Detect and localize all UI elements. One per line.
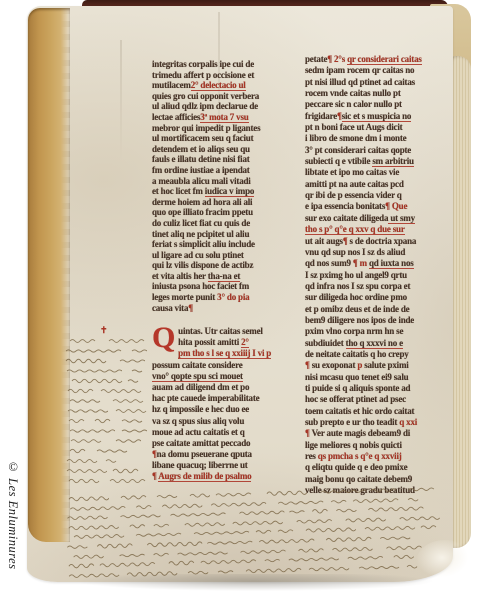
ink-text: ti puide si q aliquis sponte ad [305,383,410,393]
manuscript-line: amitti pt na aute caitas pcd [305,179,455,190]
gloss-scribble [112,396,145,404]
ink-text: subdiuidet [305,338,346,348]
gloss-scribble [105,456,120,464]
gloss-scribble-row [64,376,152,386]
ink-text: ul aliud qdlz ipm declarue de [152,101,258,111]
gloss-scribble-row [64,366,152,376]
ink-text: peccare sic n calor nullo pt [305,99,402,109]
ink-text: subiecti q e vtibile [305,156,372,166]
manuscript-line: tho s p° q°e q xxv q due sur [305,224,455,235]
gloss-scribble [120,492,150,501]
gloss-scribble [96,446,131,454]
gloss-scribble [331,543,375,552]
ink-text: su exoponat [312,360,358,370]
gloss-scribble [335,505,359,514]
gloss-scribble [215,489,255,498]
ink-text: pt nisi illud qd ptinet ad caitas [305,77,415,87]
gloss-scribble [109,476,147,484]
gloss-scribble [308,563,350,572]
gloss-scribble-row [64,436,152,446]
manuscript-line: mebror qui impedit p ligantes [152,123,304,134]
manuscript-line: libtate et ipo mo caitas vie [305,167,455,178]
gloss-scribble [200,556,258,566]
gloss-scribble [238,507,284,516]
gloss-scribble [358,562,402,571]
ink-text: integritas corpalis ipe cui de [152,59,254,69]
gloss-scribble [330,496,349,505]
rubric-text: ¶ [305,360,312,370]
rubric-text: tho s p° q°e q xxv q due sur [305,224,405,235]
gloss-scribble-row [64,476,152,486]
gloss-scribble [68,493,109,502]
gloss-scribble [66,456,101,464]
rubric-text: 3° do pia [217,292,249,302]
gloss-scribble-row [64,426,152,436]
ink-text: I sz pximg ho ul angel9 qrtu [305,270,407,280]
gloss-scribble [73,531,127,541]
ink-text: quo ope illiato fracim ppetu [152,207,253,217]
text-column-left-block2: Quintas. Utr caitas semelhita possit ami… [152,326,304,483]
ink-text: causa vita [152,303,188,313]
gloss-scribble [69,502,126,512]
ink-text: sub prepto e ur tho teadit [305,417,397,427]
ink-text: nisi mcasu quo tenet ei9 salu [305,372,408,382]
manuscript-line: integritas corpalis ipe cui de [152,59,304,70]
manuscript-line: ul mortificacem seu q faciut [152,133,304,144]
ink-text: hita possit amitti [178,337,241,347]
manuscript-line: a meaubla alicu mali vitadi [152,176,304,187]
manuscript-line: detendem et io aliqs seu qu [152,144,304,155]
manuscript-line: leges morte punit 3° do pia [152,292,304,303]
ink-text: Ver aute magis debeam9 di [312,428,411,438]
gloss-scribble [296,516,334,525]
manuscript-line: ¶ Augrs de milib de psalmo [152,471,304,482]
ink-text: e ipa essencia bonitats [305,201,385,211]
manuscript-line: sedm ipam rocem qr caitas no [305,65,455,76]
ink-text: hac pte cauede imperabilitate [152,393,259,403]
manuscript-line: I sz pximg ho ul angel9 qrtu [305,270,455,281]
gloss-scribble [119,356,145,364]
gloss-scribble [131,366,146,374]
manuscript-line: et p omibz deus et de inde de [305,304,455,315]
rubric-text: vno° qopte spu sci mouet [152,371,243,382]
manuscript-line: ti puide si q aliquis sponte ad [305,383,455,394]
ink-text: moue ad actu caitatis et q [152,427,245,437]
manuscript-line: e ipa essencia bonitats¶ Que [305,201,455,212]
manuscript-line: do culiz licet fiat cu quis de [152,218,304,229]
manuscript-line: causa vita¶ [152,303,304,314]
gloss-scribble [67,386,95,394]
bottom-gloss-notes [65,484,451,581]
gloss-scribble [379,533,412,542]
rubric-text: sic et s muspicia no [342,111,412,122]
gloss-scribble [127,376,140,384]
gloss-scribble [408,484,435,493]
gloss-scribble [277,497,326,506]
ink-text: lectae afficies [152,112,200,122]
rubric-text: ¶ Que [385,201,407,211]
ink-text: do culiz licet fiat cu quis de [152,218,250,228]
ink-text: qd nos sum9 [305,258,353,268]
gloss-scribble [264,556,280,564]
gloss-scribble [66,466,107,474]
manuscript-line: pxim vlno corpa nrm hn se [305,326,455,337]
gloss-scribble [65,346,125,354]
manuscript-line: possum caitate considere [152,360,304,371]
manuscript-line: ut ait augs¶ s de doctria xpana [305,236,455,247]
gloss-scribble [68,522,119,531]
rubric-text: ¶ [337,111,342,121]
manuscript-line: qui lz vilis dispone de actibz [152,260,304,271]
ink-text: sur exo caitate diligeda [305,213,388,223]
gloss-scribble [288,507,305,515]
manuscript-line: frigidare¶sic et s muspicia no [305,111,455,122]
rubric-text: 3ª mota 7 vsu [200,112,248,123]
manuscript-line: pt n boni face ut Augs dicit [305,122,455,133]
gloss-scribble [206,537,255,546]
gloss-scribble [288,554,340,563]
rubric-text: tha-na et [208,271,240,282]
gloss-scribble [67,406,108,414]
manuscript-line: qr ibi de p essencia vider q [305,190,455,201]
manuscript-line: pt nisi illud qd ptinet ad caitas [305,77,455,88]
gloss-scribble [255,527,272,535]
manuscript-line: vnu qd sup nos I sz ds aliud [305,247,455,258]
manuscript-line: qd infra nos I sz spu corpa et [305,281,455,292]
ink-text: i libro de smone dm i monte [305,133,406,143]
gloss-scribble [68,561,95,570]
gloss-scribble [69,396,103,404]
gloss-scribble [193,528,251,538]
gloss-scribble [184,519,228,528]
manuscript-line: 3° pt considerari caitas qopte [305,145,455,156]
photo-credit: © Les Enluminures [5,460,20,600]
gloss-scribble [66,366,122,374]
ink-text: et hoc licet fm [152,186,205,196]
gloss-scribble [108,336,145,344]
gloss-scribble [69,426,115,434]
gloss-scribble-row [64,456,152,466]
ink-text: mutilacem [152,80,191,90]
ink-text: va sz q spus sius aliq volu [152,416,244,426]
ink-text: ul ligare ad cu solu ptinet [152,250,244,260]
rubric-text: ¶ 2°s [327,54,347,64]
gloss-scribble [121,416,145,424]
gloss-scribble [297,545,323,554]
manuscript-line: moue ad actu caitatis et q [152,427,304,438]
gloss-scribble [176,547,231,557]
gloss-scribble [115,406,149,414]
gloss-scribble [258,535,315,545]
ink-text: mebror qui impedit p ligantes [152,123,260,133]
manuscript-line: derme hoiem ad hora ali ali [152,197,304,208]
ink-text: auam ad diligend dm et po [152,382,249,392]
ink-text: derme hoiem ad hora ali ali [152,197,252,207]
gloss-scribble [367,503,427,513]
manuscript-line: subdiuidet tho q xxxvi no e [305,338,455,349]
gloss-scribble [72,551,107,560]
manuscript-line: hz q impossile e hec duo ee [152,404,304,415]
gloss-scribble [311,506,328,514]
manuscript-line: bem9 diligere nos ipos de inde [305,315,455,326]
gloss-scribble-row [64,336,152,346]
manuscript-line: mutilacem2° delectacio ul [152,80,304,91]
gloss-scribble [420,522,438,530]
ink-text: quies gro cui opponit verbera [152,91,259,101]
rubric-text: ¶ [343,236,350,246]
rubric-text: qs pmcha s q°e q xxviij [318,451,402,461]
gloss-scribble [71,376,123,384]
ink-text: uintas. Utr caitas semel [178,326,263,336]
ink-text: ut ait augs [305,236,343,246]
gloss-scribble [69,446,86,454]
ink-text: pse caitate amittat peccado [152,438,250,448]
gloss-scribble [152,549,171,558]
manuscript-line: res qs pmcha s q°e q xxviij [305,451,455,462]
gloss-scribble [407,494,421,502]
gloss-scribble [156,491,179,500]
gloss-scribble-row [64,466,152,476]
ink-text: s de doctria xpana [350,236,417,246]
gloss-scribble [189,490,210,499]
manuscript-line: petate¶ 2°s qr considerari caitas [305,54,455,65]
text-column-right: petate¶ 2°s qr considerari caitassedm ip… [305,54,455,496]
ink-text: a meaubla alicu mali vitadi [152,176,251,186]
gloss-scribble-row [64,416,152,426]
rubric-text: ut smy [388,213,415,224]
gloss-scribble [239,546,285,555]
rubric-text: Augrs de milib de psalmo [158,471,251,482]
gloss-scribble [169,509,229,519]
decorated-initial: Q [152,327,175,349]
ink-text: leges morte punit [152,292,217,302]
manuscript-line: iniusta psona hoc faciet fm [152,281,304,292]
ink-text: trimedu affert p occisione et [152,70,254,80]
gloss-scribble-row [64,446,152,456]
gloss-scribble [153,520,173,529]
gloss-scribble [135,529,182,538]
rubric-text: qd iuxta nos [369,258,414,269]
ink-text: qui lz vilis dispone de actibz [152,260,253,270]
gloss-scribble [135,502,153,510]
manuscript-line: de neitate caitatis q ho crepy [305,349,455,360]
manuscript-line: pse caitate amittat peccado [152,438,304,449]
ink-text: toem caitatis et hic ordo caitat [305,406,414,416]
gloss-scribble [277,526,294,534]
ink-text: hz q impossile e hec duo ee [152,404,249,414]
ink-text: tinet aliq ne pcipitet ul aliu [152,229,249,239]
gloss-scribble [370,485,399,494]
ink-text: sedm ipam rocem qr caitas no [305,65,414,75]
gloss-scribble [66,512,108,521]
manuscript-line: qd nos sum9 ¶ m qd iuxta nos [305,258,455,269]
gloss-scribble [352,495,402,504]
gloss-scribble [266,488,310,497]
rubric-text: 2° delectacio ul [191,80,246,91]
gloss-scribble [121,426,147,434]
rubric-text: ¶ m [353,258,369,268]
gloss-scribble-row [64,406,152,416]
gloss-scribble [210,498,266,508]
gloss-scribble [115,436,141,444]
ink-text: qd infra nos I sz spu corpa et [305,281,410,291]
ink-text: frigidare [305,111,337,121]
manuscript-line: q eliqtu quide q e deo pmixe [305,462,455,473]
rubric-text: pm tho s l se q xxiiij I vi p [178,348,271,359]
gloss-scribble [393,552,415,561]
manuscript-line: ul aliud qdlz ipm declarue de [152,101,304,112]
gloss-scribble [161,500,203,509]
manuscript-line: quo ope illiato fracim ppetu [152,207,304,218]
ink-text: na domu pseuerane qputa [157,449,252,459]
manuscript-line: libane quacuq; liberrne ut [152,460,304,471]
gloss-scribble [232,517,286,527]
manuscript-line: trimedu affert p occisione et [152,70,304,81]
manuscript-line: va sz q spus sius aliq volu [152,416,304,427]
manuscript-line: et vita altis her tha-na et [152,271,304,282]
gloss-scribble [96,540,135,549]
rubric-text: tho q xxxvi no e [346,338,403,349]
book-drop-shadow [38,574,472,598]
gloss-scribble [345,514,388,523]
manuscript-line: tinet aliq ne pcipitet ul aliu [152,229,304,240]
manuscript-line: fauls e illatu detine nisi fiat [152,154,304,165]
gloss-scribble [112,466,140,474]
manuscript-line: i libro de smone dm i monte [305,133,455,144]
manuscript-line: et hoc licet fm iudica v impo [152,186,304,197]
ink-text: pxim vlno corpa nrm hn se [305,326,403,336]
manuscript-line: hoc se offerat ptinet ad psec [305,394,455,405]
ink-text: bem9 diligere nos ipos de inde [305,315,414,325]
ink-text: petate [305,54,327,64]
ink-text: sur diligeda hoc ordine pmo [305,292,407,302]
gloss-scribble-row [64,386,152,396]
ink-text: lige meliores q nobis quicti [305,440,402,450]
manuscript-line: toem caitatis et hic ordo caitat [305,406,455,417]
gloss-scribble [364,523,416,532]
ink-text: libtate et ipo mo caitas vie [305,167,399,177]
manuscript-line: sur exo caitate diligeda ut smy [305,213,455,224]
gloss-scribble-row [64,396,152,406]
manuscript-line: ¶ Ver aute magis debeam9 di [305,428,455,439]
ink-text: fm ordine iustiae a ipendat [152,165,250,175]
gloss-scribble-row [64,356,152,366]
manuscript-line: subiecti q e vtibile sm arbitriu [305,156,455,167]
gloss-scribble [69,336,97,344]
ink-text: amitti pt na aute caitas pcd [305,179,404,189]
ink-text: hoc se offerat ptinet ad psec [305,394,406,404]
gloss-scribble [325,534,374,543]
ink-text: q eliqtu quide q e deo pmixe [305,462,407,472]
ink-text: et p omibz deus et de inde de [305,304,409,314]
ink-text: maig bonu qo caitate debem9 [305,474,412,484]
gloss-scribble [70,436,104,444]
manuscript-line: lige meliores q nobis quicti [305,440,455,451]
gloss-scribble [99,559,159,569]
gloss-scribble [118,550,146,559]
ink-text: feriat s simplicit aliu include [152,239,255,249]
manuscript-line: peccare sic n calor nullo pt [305,99,455,110]
manuscript-line: lectae afficies3ª mota 7 vsu [152,112,304,123]
rubric-text: q xxi [397,417,417,427]
gloss-scribble [305,525,356,534]
ink-text: libane quacuq; liberrne ut [152,460,248,470]
gloss-scribble [129,521,148,530]
rubric-dagger-mark: ✝ [100,325,108,336]
text-column-left-block1: integritas corpalis ipe cui detrimedu af… [152,59,304,313]
gloss-scribble [68,476,101,484]
manuscript-line: auam ad diligend dm et po [152,382,304,393]
gloss-scribble [146,539,202,549]
gloss-scribble [347,553,387,562]
ink-text: possum caitate considere [152,360,243,370]
gloss-scribble [245,565,303,575]
ink-text: vnu qd sup nos I sz ds aliud [305,247,405,257]
ink-text: res [305,451,318,461]
manuscript-photo: integritas corpalis ipe cui detrimedu af… [0,0,478,600]
ink-text: rocem vnde caitas nullo pt [305,88,401,98]
manuscript-line: fm ordine iustiae a ipendat [152,165,304,176]
rubric-text: qr considerari caitas [347,54,422,65]
gloss-scribble [94,416,114,424]
manuscript-line: rocem vnde caitas nullo pt [305,88,455,99]
manuscript-line: sur diligeda hoc ordine pmo [305,292,455,303]
ink-text: iniusta psona hoc faciet fm [152,281,249,291]
ink-text: detendem et io aliqs seu qu [152,144,250,154]
gloss-scribble [68,416,86,424]
margin-gloss-notes [64,336,152,486]
manuscript-line: sub prepto e ur tho teadit q xxi [305,417,455,428]
gloss-scribble-row [64,346,152,356]
manuscript-line: vno° qopte spu sci mouet [152,371,304,382]
ink-text: fauls e illatu detine nisi fiat [152,154,250,164]
rubric-text: 2° [241,337,249,348]
gloss-scribble [119,511,164,520]
manuscript-line: feriat s simplicit aliu include [152,239,304,250]
ink-text: ul mortificacem seu q faciut [152,133,253,143]
ink-text: qr ibi de p essencia vider q [305,190,402,200]
manuscript-line: quies gro cui opponit verbera [152,91,304,102]
manuscript-line: ¶ su exoponat p salute pximi [305,360,455,371]
ink-text: de neitate caitatis q ho crepy [305,349,409,359]
manuscript-line: nisi mcasu quo tenet ei9 salu [305,372,455,383]
parchment-crease [120,40,122,160]
manuscript-line: hac pte cauede imperabilitate [152,393,304,404]
gloss-scribble [131,346,147,354]
ink-text: et vita altis her [152,271,208,281]
gloss-scribble [65,356,110,364]
rubric-text: ¶ [188,303,193,313]
rubric-text: iudica v impo [205,186,254,197]
rubric-text: sm arbitriu [372,156,414,167]
ink-text: salute pximi [364,360,408,370]
manuscript-line: ¶na domu pseuerane qputa [152,449,304,460]
gloss-scribble [100,386,145,394]
gloss-scribble [168,558,195,567]
gloss-scribble [66,542,88,551]
ink-text: pt n boni face ut Augs dicit [305,122,402,132]
gloss-scribble [320,486,366,495]
gloss-scribble [399,513,441,522]
ink-text: 3° pt considerari caitas qopte [305,145,411,155]
manuscript-line: ul ligare ad cu solu ptinet [152,250,304,261]
